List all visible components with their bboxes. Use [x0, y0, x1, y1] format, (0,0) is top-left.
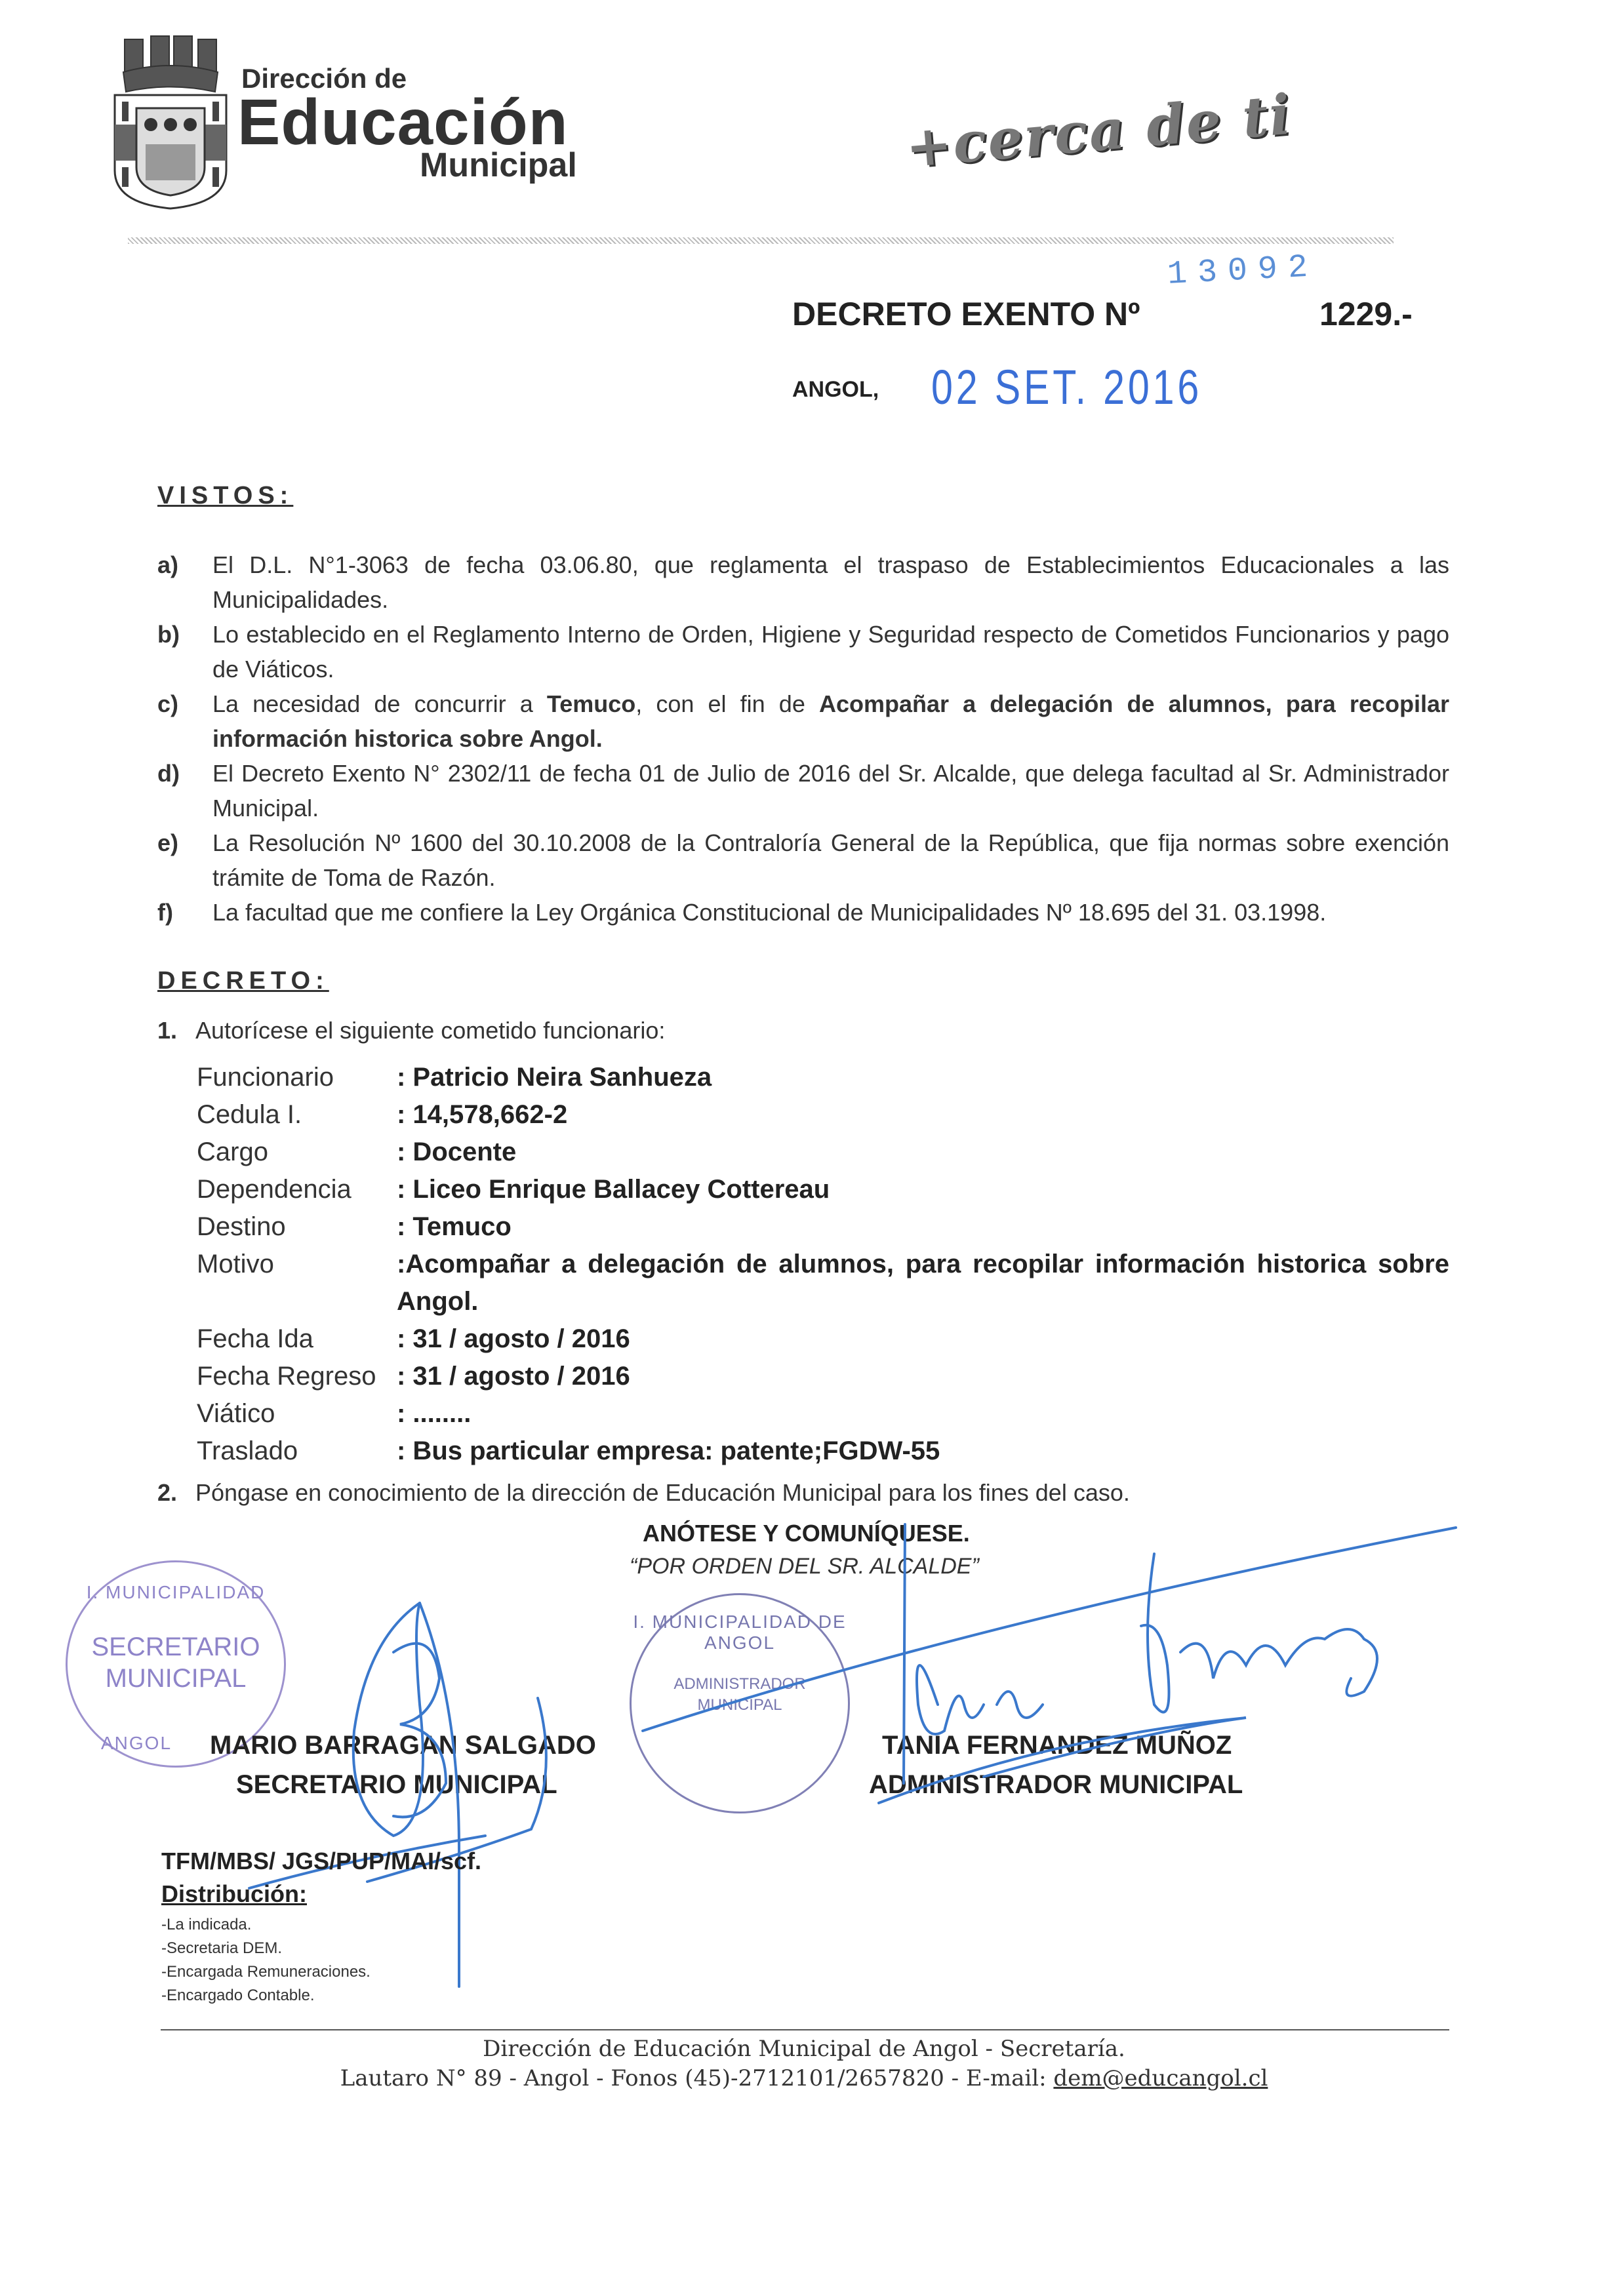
list-item: -La indicada.: [161, 1913, 371, 1937]
distribution-heading: Distribución:: [161, 1880, 307, 1908]
reference-initials: TFM/MBS/ JGS/PUP/MAI/scf.: [161, 1848, 481, 1875]
slogan: +cerca de ti: [903, 81, 1295, 180]
detail-row: Cedula I.: 14,578,662-2: [197, 1096, 1449, 1134]
detail-row: Viático: ........: [197, 1395, 1449, 1433]
footer-divider: [161, 2029, 1449, 2030]
signatory-right-title: ADMINISTRADOR MUNICIPAL: [869, 1770, 1243, 1800]
vistos-list: a) El D.L. N°1-3063 de fecha 03.06.80, q…: [157, 547, 1449, 930]
detail-row: Cargo: Docente: [197, 1134, 1449, 1171]
footer-office: Dirección de Educación Municipal de Ango…: [0, 2036, 1608, 2062]
list-item: f) La facultad que me confiere la Ley Or…: [157, 895, 1449, 930]
signatory-right-name: TANIA FERNANDEZ MUÑOZ: [882, 1731, 1232, 1760]
list-item: -Secretaria DEM.: [161, 1937, 371, 1960]
list-item: d) El Decreto Exento N° 2302/11 de fecha…: [157, 756, 1449, 825]
municipal-crest-icon: [111, 26, 230, 210]
list-item: e) La Resolución Nº 1600 del 30.10.2008 …: [157, 825, 1449, 895]
footer-email-link[interactable]: dem@educangol.cl: [1053, 2065, 1268, 2091]
list-item: a) El D.L. N°1-3063 de fecha 03.06.80, q…: [157, 547, 1449, 617]
detail-row: Destino: Temuco: [197, 1208, 1449, 1246]
closing-formula: ANÓTESE Y COMUNÍQUESE.: [643, 1520, 970, 1547]
decreto-heading: DECRETO:: [157, 967, 329, 995]
by-order-of-mayor: “POR ORDEN DEL SR. ALCALDE”: [630, 1554, 979, 1579]
detail-row: Traslado: Bus particular empresa: patent…: [197, 1433, 1449, 1470]
list-item: c) La necesidad de concurrir a Temuco, c…: [157, 686, 1449, 756]
distribution-list: -La indicada. -Secretaria DEM. -Encargad…: [161, 1913, 371, 2008]
administrador-seal-icon: I. MUNICIPALIDAD DE ANGOL ADMINISTRADOR …: [630, 1593, 850, 1813]
detail-row: Motivo:Acompañar a delegación de alumnos…: [197, 1246, 1449, 1320]
detail-row: Funcionario: Patricio Neira Sanhueza: [197, 1059, 1449, 1096]
registry-number-stamp: 13092: [1167, 248, 1319, 294]
date-stamp: 02 SET. 2016: [931, 359, 1202, 415]
signatory-left-name: MARIO BARRAGAN SALGADO: [210, 1731, 596, 1760]
commission-details: Funcionario: Patricio Neira Sanhueza Ced…: [197, 1059, 1449, 1470]
brand-line-3: Municipal: [420, 146, 577, 185]
place-label: ANGOL,: [792, 377, 879, 403]
decreto-item-1: 1.Autorícese el siguiente cometido funci…: [157, 1013, 1449, 1048]
footer-contact: Lautaro N° 89 - Angol - Fonos (45)-27121…: [0, 2065, 1608, 2091]
decreto-item-2: 2.Póngase en conocimiento de la direcció…: [157, 1475, 1449, 1510]
document-title: DECRETO EXENTO Nº: [792, 295, 1140, 333]
header-divider: [128, 237, 1394, 244]
detail-row: Fecha Ida: 31 / agosto / 2016: [197, 1320, 1449, 1358]
list-item: b) Lo establecido en el Reglamento Inter…: [157, 617, 1449, 686]
list-item: -Encargado Contable.: [161, 1984, 371, 2008]
detail-row: Fecha Regreso: 31 / agosto / 2016: [197, 1358, 1449, 1395]
list-item: -Encargada Remuneraciones.: [161, 1960, 371, 1984]
detail-row: Dependencia: Liceo Enrique Ballacey Cott…: [197, 1171, 1449, 1208]
vistos-heading: VISTOS:: [157, 482, 293, 510]
signatory-left-title: SECRETARIO MUNICIPAL: [236, 1770, 557, 1800]
document-number: 1229.-: [1319, 295, 1413, 333]
